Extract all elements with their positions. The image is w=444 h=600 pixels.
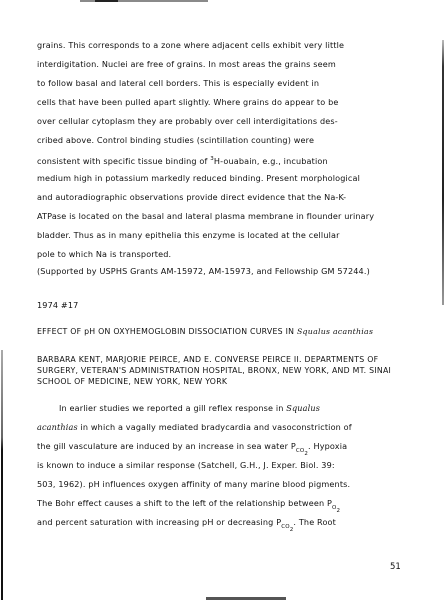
text-line: The Bohr effect causes a shift to the le… xyxy=(37,498,340,516)
scan-artifact-top-dark xyxy=(95,0,118,2)
text-line: and autoradiographic observations provid… xyxy=(37,192,346,202)
text-line: bladder. Thus as in many epithelia this … xyxy=(37,230,340,240)
text-line: cribed above. Control binding studies (s… xyxy=(37,135,314,145)
subscript: CO2 xyxy=(281,524,293,530)
title-text: EFFECT OF pH ON OXYHEMOGLOBIN DISSOCIATI… xyxy=(37,327,297,336)
text-span: . The Root xyxy=(293,517,336,527)
text-span: in which a vagally mediated bradycardia … xyxy=(78,422,352,432)
page-number: 51 xyxy=(390,562,401,572)
funding-note: (Supported by USPHS Grants AM-15972, AM-… xyxy=(37,266,370,276)
subscript-text: CO xyxy=(281,524,289,530)
subscript: 2 xyxy=(336,508,340,514)
author-line: SURGERY, VETERAN'S ADMINISTRATION HOSPIT… xyxy=(37,366,391,376)
text-span: the gill vasculature are induced by an i… xyxy=(37,441,296,451)
subscript: O2 xyxy=(332,505,340,511)
author-line: SCHOOL OF MEDICINE, NEW YORK, NEW YORK xyxy=(37,377,227,387)
text-line: interdigitation. Nuclei are free of grai… xyxy=(37,59,336,69)
author-line: BARBARA KENT, MARJORIE PEIRCE, AND E. CO… xyxy=(37,355,378,365)
text-span: In earlier studies we reported a gill re… xyxy=(59,403,286,413)
text-span: and percent saturation with increasing p… xyxy=(37,517,281,527)
text-line: the gill vasculature are induced by an i… xyxy=(37,441,347,459)
text-line: cells that have been pulled apart slight… xyxy=(37,97,339,107)
text-line: acanthias in which a vagally mediated br… xyxy=(37,422,352,432)
text-span: . Hypoxia xyxy=(308,441,347,451)
scan-edge-left xyxy=(1,350,3,600)
text-line: grains. This corresponds to a zone where… xyxy=(37,40,344,50)
text-span: H-ouabain, e.g., incubation xyxy=(214,156,328,166)
text-span: consistent with specific tissue binding … xyxy=(37,156,210,166)
species-name: acanthias xyxy=(37,422,78,432)
text-line: and percent saturation with increasing p… xyxy=(37,517,336,535)
text-line: over cellular cytoplasm they are probabl… xyxy=(37,116,338,126)
abstract-id: 1974 #17 xyxy=(37,300,78,310)
text-span: The Bohr effect causes a shift to the le… xyxy=(37,498,332,508)
text-line: pole to which Na is transported. xyxy=(37,249,171,259)
subscript: CO2 xyxy=(296,448,308,454)
title-species: Squalus acanthias xyxy=(297,327,373,336)
species-name: Squalus xyxy=(286,403,320,413)
text-line: 503, 1962). pH influences oxygen affinit… xyxy=(37,479,350,489)
text-line: consistent with specific tissue binding … xyxy=(37,154,328,166)
text-line: ATPase is located on the basal and later… xyxy=(37,211,374,221)
subscript: 2 xyxy=(304,451,308,457)
abstract-title: EFFECT OF pH ON OXYHEMOGLOBIN DISSOCIATI… xyxy=(37,327,373,337)
text-line: to follow basal and lateral cell borders… xyxy=(37,78,319,88)
text-line: medium high in potassium markedly reduce… xyxy=(37,173,360,183)
subscript: 2 xyxy=(290,527,294,533)
text-line: is known to induce a similar response (S… xyxy=(37,460,335,470)
text-line: In earlier studies we reported a gill re… xyxy=(59,403,320,413)
scan-artifact-top xyxy=(80,0,208,2)
